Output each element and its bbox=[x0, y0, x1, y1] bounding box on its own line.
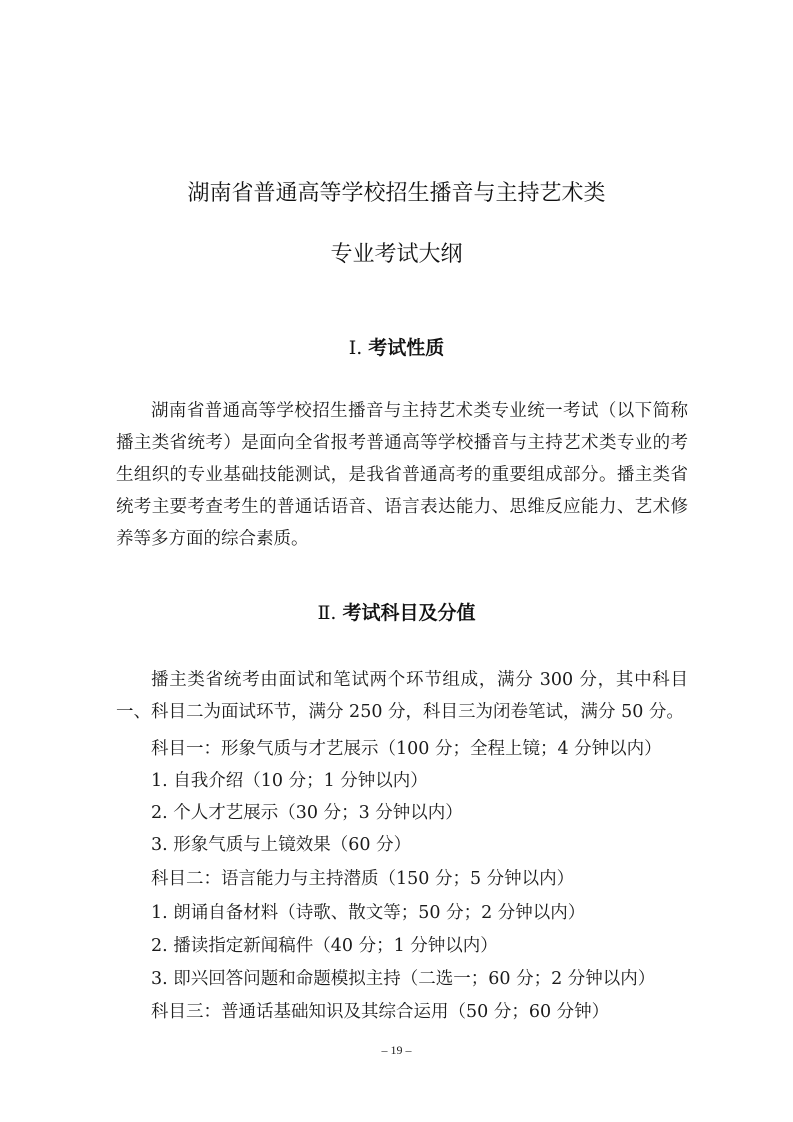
section-2-paragraph: 播主类省统考由面试和笔试两个环节组成，满分 300 分，其中科目一、科目二为面试… bbox=[116, 664, 688, 728]
subject-3-line: 科目三：普通话基础知识及其综合运用（50 分；60 分钟） bbox=[151, 998, 609, 1023]
section-1-paragraph: 湖南省普通高等学校招生播音与主持艺术类专业统一考试（以下简称播主类省统考）是面向… bbox=[116, 395, 688, 555]
subject-2-item-1: 1. 朗诵自备材料（诗歌、散文等；50 分；2 分钟以内） bbox=[151, 899, 585, 924]
subject-1-item-1: 1. 自我介绍（10 分；1 分钟以内） bbox=[151, 767, 428, 792]
document-title-line1: 湖南省普通高等学校招生播音与主持艺术类 bbox=[0, 176, 793, 207]
subject-1-item-2: 2. 个人才艺展示（30 分；3 分钟以内） bbox=[151, 799, 463, 824]
section-heading-text: 考试科目及分值 bbox=[342, 602, 475, 624]
section-heading-text: 考试性质 bbox=[368, 337, 444, 359]
section-heading-1: Ⅰ.考试性质 bbox=[0, 333, 793, 360]
section-numeral: Ⅱ. bbox=[318, 602, 337, 624]
section-numeral: Ⅰ. bbox=[349, 337, 363, 359]
subject-1-item-3: 3. 形象气质与上镜效果（60 分） bbox=[151, 831, 411, 856]
page-number: – 19 – bbox=[0, 1043, 793, 1058]
subject-2-item-3: 3. 即兴回答问题和命题模拟主持（二选一；60 分；2 分钟以内） bbox=[151, 965, 655, 990]
subject-1-line: 科目一：形象气质与才艺展示（100 分；全程上镜；4 分钟以内） bbox=[151, 735, 662, 760]
document-title-line2: 专业考试大纲 bbox=[0, 237, 793, 268]
section-heading-2: Ⅱ.考试科目及分值 bbox=[0, 598, 793, 625]
subject-2-line: 科目二：语言能力与主持潜质（150 分；5 分钟以内） bbox=[151, 865, 574, 890]
document-page: 湖南省普通高等学校招生播音与主持艺术类 专业考试大纲 Ⅰ.考试性质 湖南省普通高… bbox=[0, 0, 793, 1122]
subject-2-item-2: 2. 播读指定新闻稿件（40 分；1 分钟以内） bbox=[151, 932, 498, 957]
